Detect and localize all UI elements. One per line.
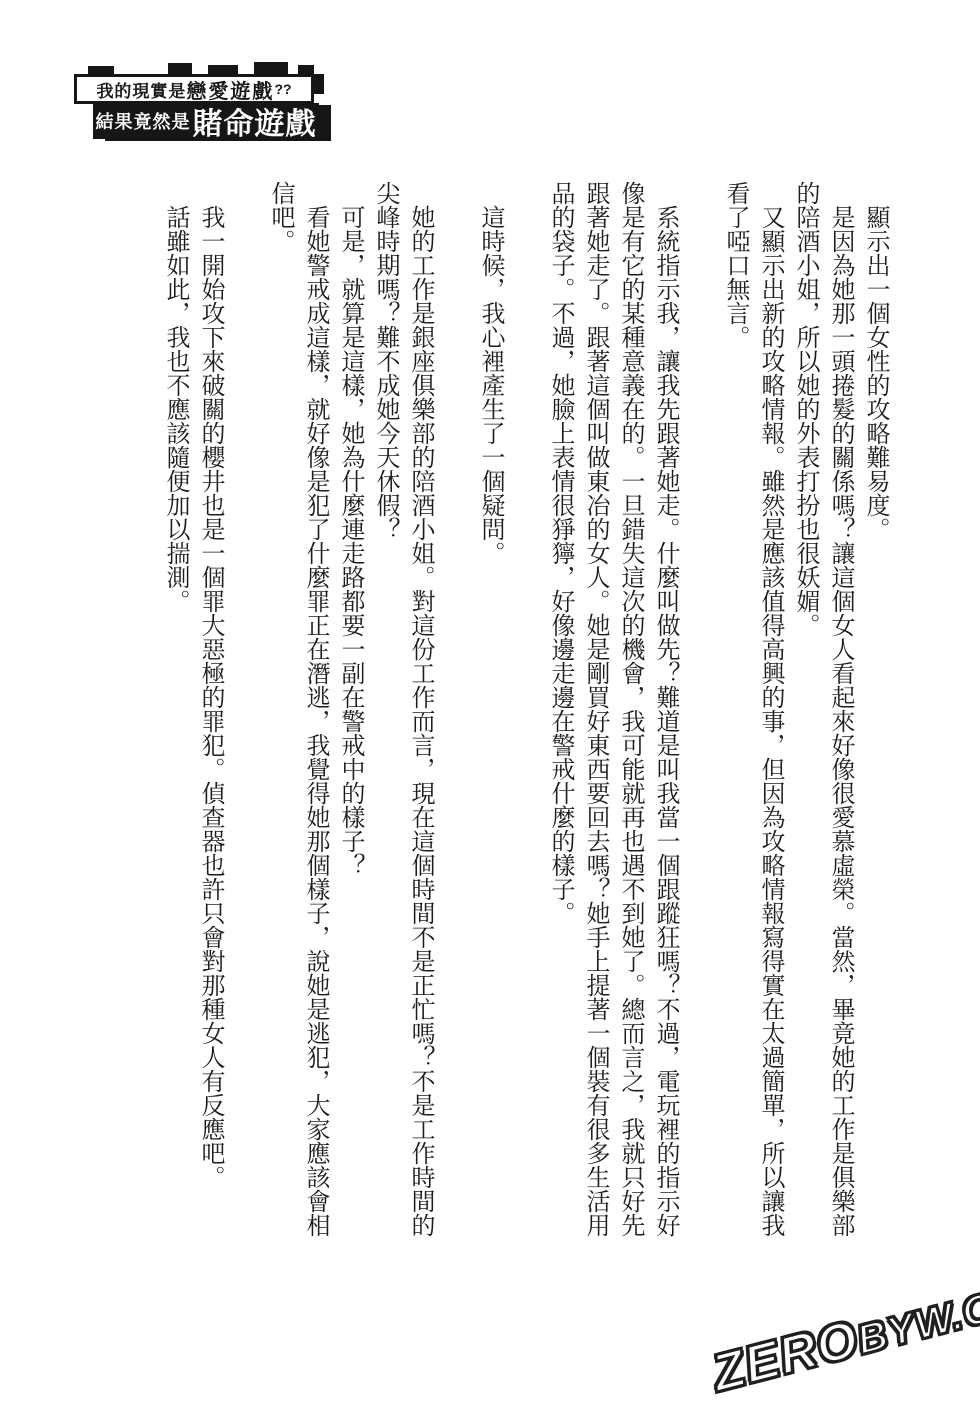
series-logo: 我的現實是戀愛遊戲?? 結果竟然是賭命遊戲 <box>0 0 360 170</box>
logo-tagline-prefix: 我的現實是 <box>96 77 186 102</box>
novel-paragraph: 可是，就算是這樣，她為什麼連走路都要一副在警戒中的樣子？ <box>332 181 367 1245</box>
novel-paragraph: 是因為她那一頭捲髮的關係嗎？讓這個女人看起來好像很愛慕虛榮。當然，畢竟她的工作是… <box>787 181 857 1245</box>
novel-paragraph: 看她警戒成這樣，就好像是犯了什麼罪正在潛逃，我覺得她那個樣子，說她是逃犯，大家應… <box>262 181 332 1245</box>
novel-paragraph: 系統指示我，讓我先跟著她走。什麼叫做先？難道是叫我當一個跟蹤狂嗎？不過，電玩裡的… <box>542 181 682 1245</box>
novel-paragraph: 我一開始攻下來破關的櫻井也是一個罪大惡極的罪犯。偵查器也許只會對那種女人有反應吧… <box>192 181 227 1245</box>
novel-paragraph: 她的工作是銀座俱樂部的陪酒小姐。對這份工作而言，現在這個時間不是正忙嗎？不是工作… <box>367 181 437 1245</box>
logo-tagline-suffix: ?? <box>274 81 291 97</box>
site-watermark: ZEROBYW.COM <box>706 1257 980 1404</box>
logo-title-main: 賭命遊戲 <box>193 99 317 143</box>
logo-title-box: 結果竟然是賭命遊戲 <box>93 103 319 139</box>
novel-paragraph: 話雖如此，我也不應該隨便加以揣測。 <box>157 181 192 1245</box>
watermark-text-large: ZERO <box>706 1310 864 1403</box>
novel-paragraph: 顯示出一個女性的攻略難易度。 <box>857 181 892 1245</box>
watermark-text-small: BYW.COM <box>852 1267 980 1363</box>
novel-text: 顯示出一個女性的攻略難易度。 是因為她那一頭捲髮的關係嗎？讓這個女人看起來好像很… <box>92 181 892 1245</box>
logo-title-prefix: 結果竟然是 <box>96 108 191 134</box>
novel-paragraph: 又顯示出新的攻略情報。雖然是應該值得高興的事，但因為攻略情報寫得實在太過簡單，所… <box>717 181 787 1245</box>
novel-paragraph: 這時候，我心裡產生了一個疑問。 <box>472 181 507 1245</box>
